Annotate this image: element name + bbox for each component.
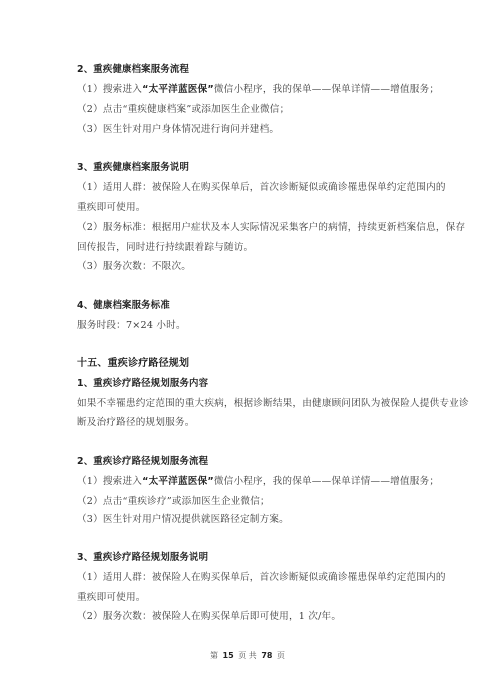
paragraph-line: 重疾即可使用。 [77, 202, 146, 214]
paragraph-line: （3）医生针对用户身体情况进行询问并建档。 [77, 124, 279, 136]
section-heading: 3、重疾健康档案服务说明 [77, 162, 189, 174]
section-heading: 3、重疾诊疗路径规划服务说明 [77, 552, 208, 564]
document-page: 2、重疾健康档案服务流程 （1）搜索进入“太平洋蓝医保”微信小程序，我的保单——… [0, 0, 495, 700]
paragraph-line: 回传报告，同时进行持续跟着踪与随访。 [77, 242, 253, 254]
section-heading: 2、重疾诊疗路径规划服务流程 [77, 456, 208, 468]
paragraph-line: （3）服务次数：不限次。 [77, 261, 191, 273]
page-footer: 第 15 页 共 78 页 [0, 650, 495, 661]
paragraph-line: （2）点击“重疾诊疗”或添加医生企业微信； [77, 496, 270, 508]
paragraph-line: 重疾即可使用。 [77, 592, 146, 604]
paragraph-line: （3）医生针对用户情况提供就医路径定制方案。 [77, 514, 289, 526]
footer-prefix: 第 [210, 651, 218, 660]
paragraph-line: 如果不幸罹患约定范围的重大疾病，根据诊断结果，由健康顾问团队为被保险人提供专业诊 [77, 398, 469, 410]
total-pages: 78 [261, 651, 272, 660]
paragraph-line: （1）搜索进入“太平洋蓝医保”微信小程序，我的保单——保单详情——增值服务； [77, 476, 439, 488]
paragraph-line: 服务时段：7×24 小时。 [77, 320, 186, 332]
footer-suffix: 页 [277, 651, 285, 660]
paragraph-line: （1）适用人群：被保险人在购买保单后，首次诊断疑似或确诊罹患保单约定范围内的 [77, 182, 446, 194]
chapter-heading: 十五、重疾诊疗路径规划 [77, 358, 189, 370]
section-heading: 1、重疾诊疗路径规划服务内容 [77, 378, 208, 390]
paragraph-line: （2）服务次数：被保险人在购买保单后即可使用，1 次/年。 [77, 611, 341, 623]
paragraph-line: （1）适用人群：被保险人在购买保单后，首次诊断疑似或确诊罹患保单约定范围内的 [77, 572, 446, 584]
section-heading: 4、健康档案服务标准 [77, 300, 170, 312]
section-heading: 2、重疾健康档案服务流程 [77, 64, 189, 76]
page-number: 15 [223, 651, 234, 660]
paragraph-line: （2）点击“重疾健康档案”或添加医生企业微信； [77, 104, 289, 116]
paragraph-line: 断及治疗路径的规划服务。 [77, 417, 195, 429]
paragraph-line: （2）服务标准：根据用户症状及本人实际情况采集客户的病情，持续更新档案信息，保存 [77, 222, 465, 234]
footer-mid: 页 共 [238, 651, 257, 660]
paragraph-line: （1）搜索进入“太平洋蓝医保”微信小程序，我的保单——保单详情——增值服务； [77, 84, 439, 96]
